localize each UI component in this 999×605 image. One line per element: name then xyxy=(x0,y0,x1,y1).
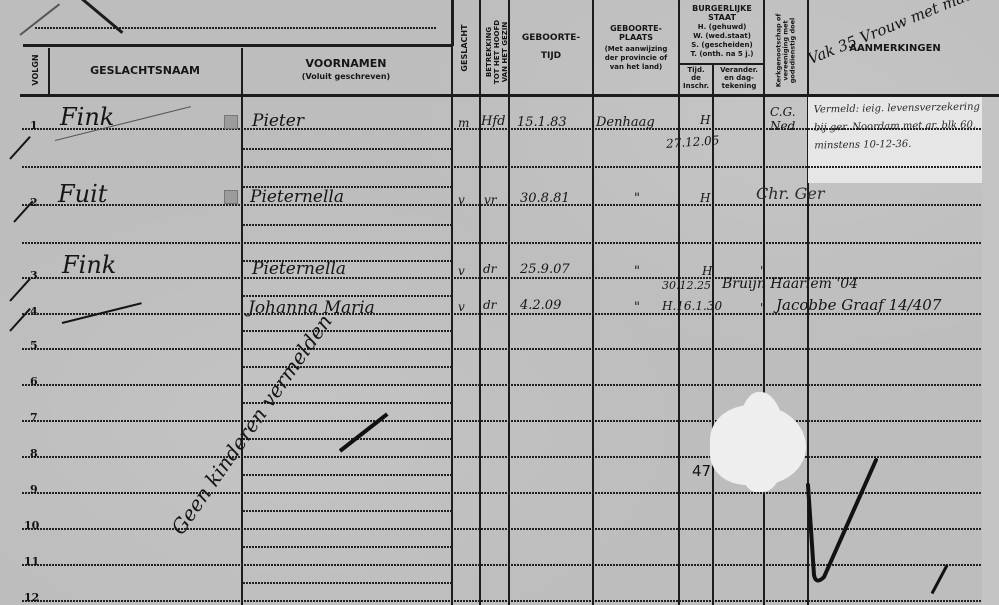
entry-4-kerkgenootschap: " xyxy=(760,301,766,315)
bs-subheader-rule xyxy=(678,63,765,65)
row-number-9: 9 xyxy=(30,483,38,496)
entry-1-kerkgenootschap: C.G. Ned xyxy=(770,105,808,133)
header-kerk-line3: godsdienstig doel xyxy=(790,10,797,92)
header-geboortetijd-2: TIJD xyxy=(510,52,592,62)
entry-2-burgerlijke-staat: H xyxy=(700,191,710,205)
entry-4-voornamen: Johanna Maria xyxy=(248,298,375,318)
header-volgn: VOLGN xyxy=(32,54,40,86)
register-card: VOLGN GESLACHTSNAAM VOORNAMEN (Voluit ge… xyxy=(0,0,999,605)
strike-mark-row-4 xyxy=(9,308,31,332)
entry-4-bs-datum: H.16.1.30 xyxy=(662,299,722,313)
row-number-7: 7 xyxy=(30,411,38,424)
row-number-12: 12 xyxy=(24,591,39,604)
header-aanmerkingen-note: Vak 35 Vrouw met machine xyxy=(805,0,999,68)
page-number: 47 xyxy=(692,462,711,480)
header-geboorteplaats-sub3: van het land) xyxy=(594,64,678,72)
header-geboorteplaats-sub1: (Met aanwijzing xyxy=(594,46,678,54)
header-geslachtsnaam: GESLACHTSNAAM xyxy=(50,65,240,77)
card-right-edge xyxy=(982,97,999,605)
header-bs-2: STAAT xyxy=(680,14,764,23)
entry-2-geboortetijd: 30.8.81 xyxy=(520,191,570,206)
entry-4-geslacht: v xyxy=(458,300,465,314)
header-betrekking-line3: VAN HET GEZIN xyxy=(501,12,509,92)
header-top-rule-left xyxy=(23,44,453,47)
entry-2-stamp xyxy=(224,190,238,204)
paper-damage-spot-2 xyxy=(738,392,786,492)
row-number-8: 8 xyxy=(30,447,38,460)
entry-4-aanmerkingen: Jacobbe Graaf 14/407 xyxy=(776,296,941,314)
header-step-rule xyxy=(451,0,454,46)
header-bs-tijd-3: Inschr. xyxy=(679,83,713,91)
header-voornamen: VOORNAMEN xyxy=(243,58,449,70)
entry-3-voornamen: Pieternella xyxy=(252,259,346,279)
strike-mark-row-1 xyxy=(9,136,31,160)
entry-3-aanmerkingen: Bruijn Haarlem '04 xyxy=(722,276,858,292)
entry-2-geslacht: v xyxy=(458,193,465,207)
row-number-10: 10 xyxy=(24,519,39,532)
entry-4-geboorteplaats: " xyxy=(634,300,640,315)
header-bs-s: S. (gescheiden) xyxy=(680,42,764,50)
entry-3-geslachtsnaam: Fink xyxy=(62,251,116,279)
entry-1-stamp xyxy=(224,115,238,129)
entry-3-geboorteplaats: " xyxy=(634,264,640,279)
entry-2-betrekking: vr xyxy=(484,193,497,207)
header-bs-w: W. (wed.staat) xyxy=(680,33,764,41)
entry-1-geboortetijd: 15.1.83 xyxy=(517,115,567,130)
header-geboortetijd-1: GEBOORTE- xyxy=(510,34,592,44)
header-bs-verander-3: tekening xyxy=(714,83,764,91)
diagonal-heavy-stroke xyxy=(339,412,389,452)
entry-1-betrekking: Hfd xyxy=(481,114,505,129)
header-geslacht: GESLACHT xyxy=(461,19,469,77)
diagonal-note: Geen kinderen vermelden xyxy=(166,310,336,539)
col-rule-geslachtsnaam xyxy=(241,48,243,605)
row-number-6: 6 xyxy=(30,375,38,388)
row-number-4: 4 xyxy=(30,305,38,318)
header-bs-h: H. (gehuwd) xyxy=(680,24,764,32)
entry-3-geboortetijd: 25.9.07 xyxy=(520,262,570,277)
row-number-1: 1 xyxy=(30,119,38,132)
entry-1-geboorteplaats: Denhaag xyxy=(596,115,655,130)
entry-4-geboortetijd: 4.2.09 xyxy=(520,298,561,313)
entry-1-burgerlijke-staat: H xyxy=(700,113,710,127)
entry-1-geslacht: m xyxy=(458,116,469,130)
header-kerkgenootschap: Kerkgenootschap of vereeniging met godsd… xyxy=(776,10,797,92)
top-faint-stroke xyxy=(19,3,60,35)
header-betrekking: BETREKKING TOT HET HOOFD VAN HET GEZIN xyxy=(485,12,509,92)
small-tick-stroke xyxy=(931,565,949,595)
entry-4-betrekking: dr xyxy=(483,298,496,312)
header-betrekking-line1: BETREKKING xyxy=(485,12,493,92)
entry-3-bs-datum: 30.12.25 xyxy=(662,279,711,292)
entry-2-kerkgenootschap: Chr. Ger xyxy=(756,184,825,203)
header-voornamen-sub: (Voluit geschreven) xyxy=(243,73,449,82)
col-rule-geslacht xyxy=(479,0,481,605)
entry-1-voornamen: Pieter xyxy=(252,111,304,131)
header-betrekking-line2: TOT HET HOOFD xyxy=(493,12,501,92)
row-number-11: 11 xyxy=(24,555,39,568)
entry-2-geslachtsnaam: Fuit xyxy=(58,180,107,208)
checkmark-icon xyxy=(800,455,890,595)
entry-3-burgerlijke-staat: H xyxy=(702,264,712,278)
header-geboorteplaats-sub2: der provincie of xyxy=(594,55,678,63)
col-rule-geboortetijd xyxy=(592,0,594,605)
entry-1-aanmerkingen: Vermeld: ieig. levensverzekering bij ger… xyxy=(814,99,985,156)
header-bs-t: T. (onth. na 5 j.) xyxy=(680,51,764,59)
row-number-3: 3 xyxy=(30,269,38,282)
top-dotted-line xyxy=(35,27,437,29)
header-geboorteplaats-2: PLAATS xyxy=(594,34,678,43)
entry-2-voornamen: Pieternella xyxy=(250,187,344,207)
entry-2-geboorteplaats: " xyxy=(634,191,640,206)
entry-3-geslacht: v xyxy=(458,264,465,278)
row-number-5: 5 xyxy=(30,339,38,352)
strike-mark-row-3 xyxy=(9,278,31,302)
entry-3-betrekking: dr xyxy=(483,262,496,276)
